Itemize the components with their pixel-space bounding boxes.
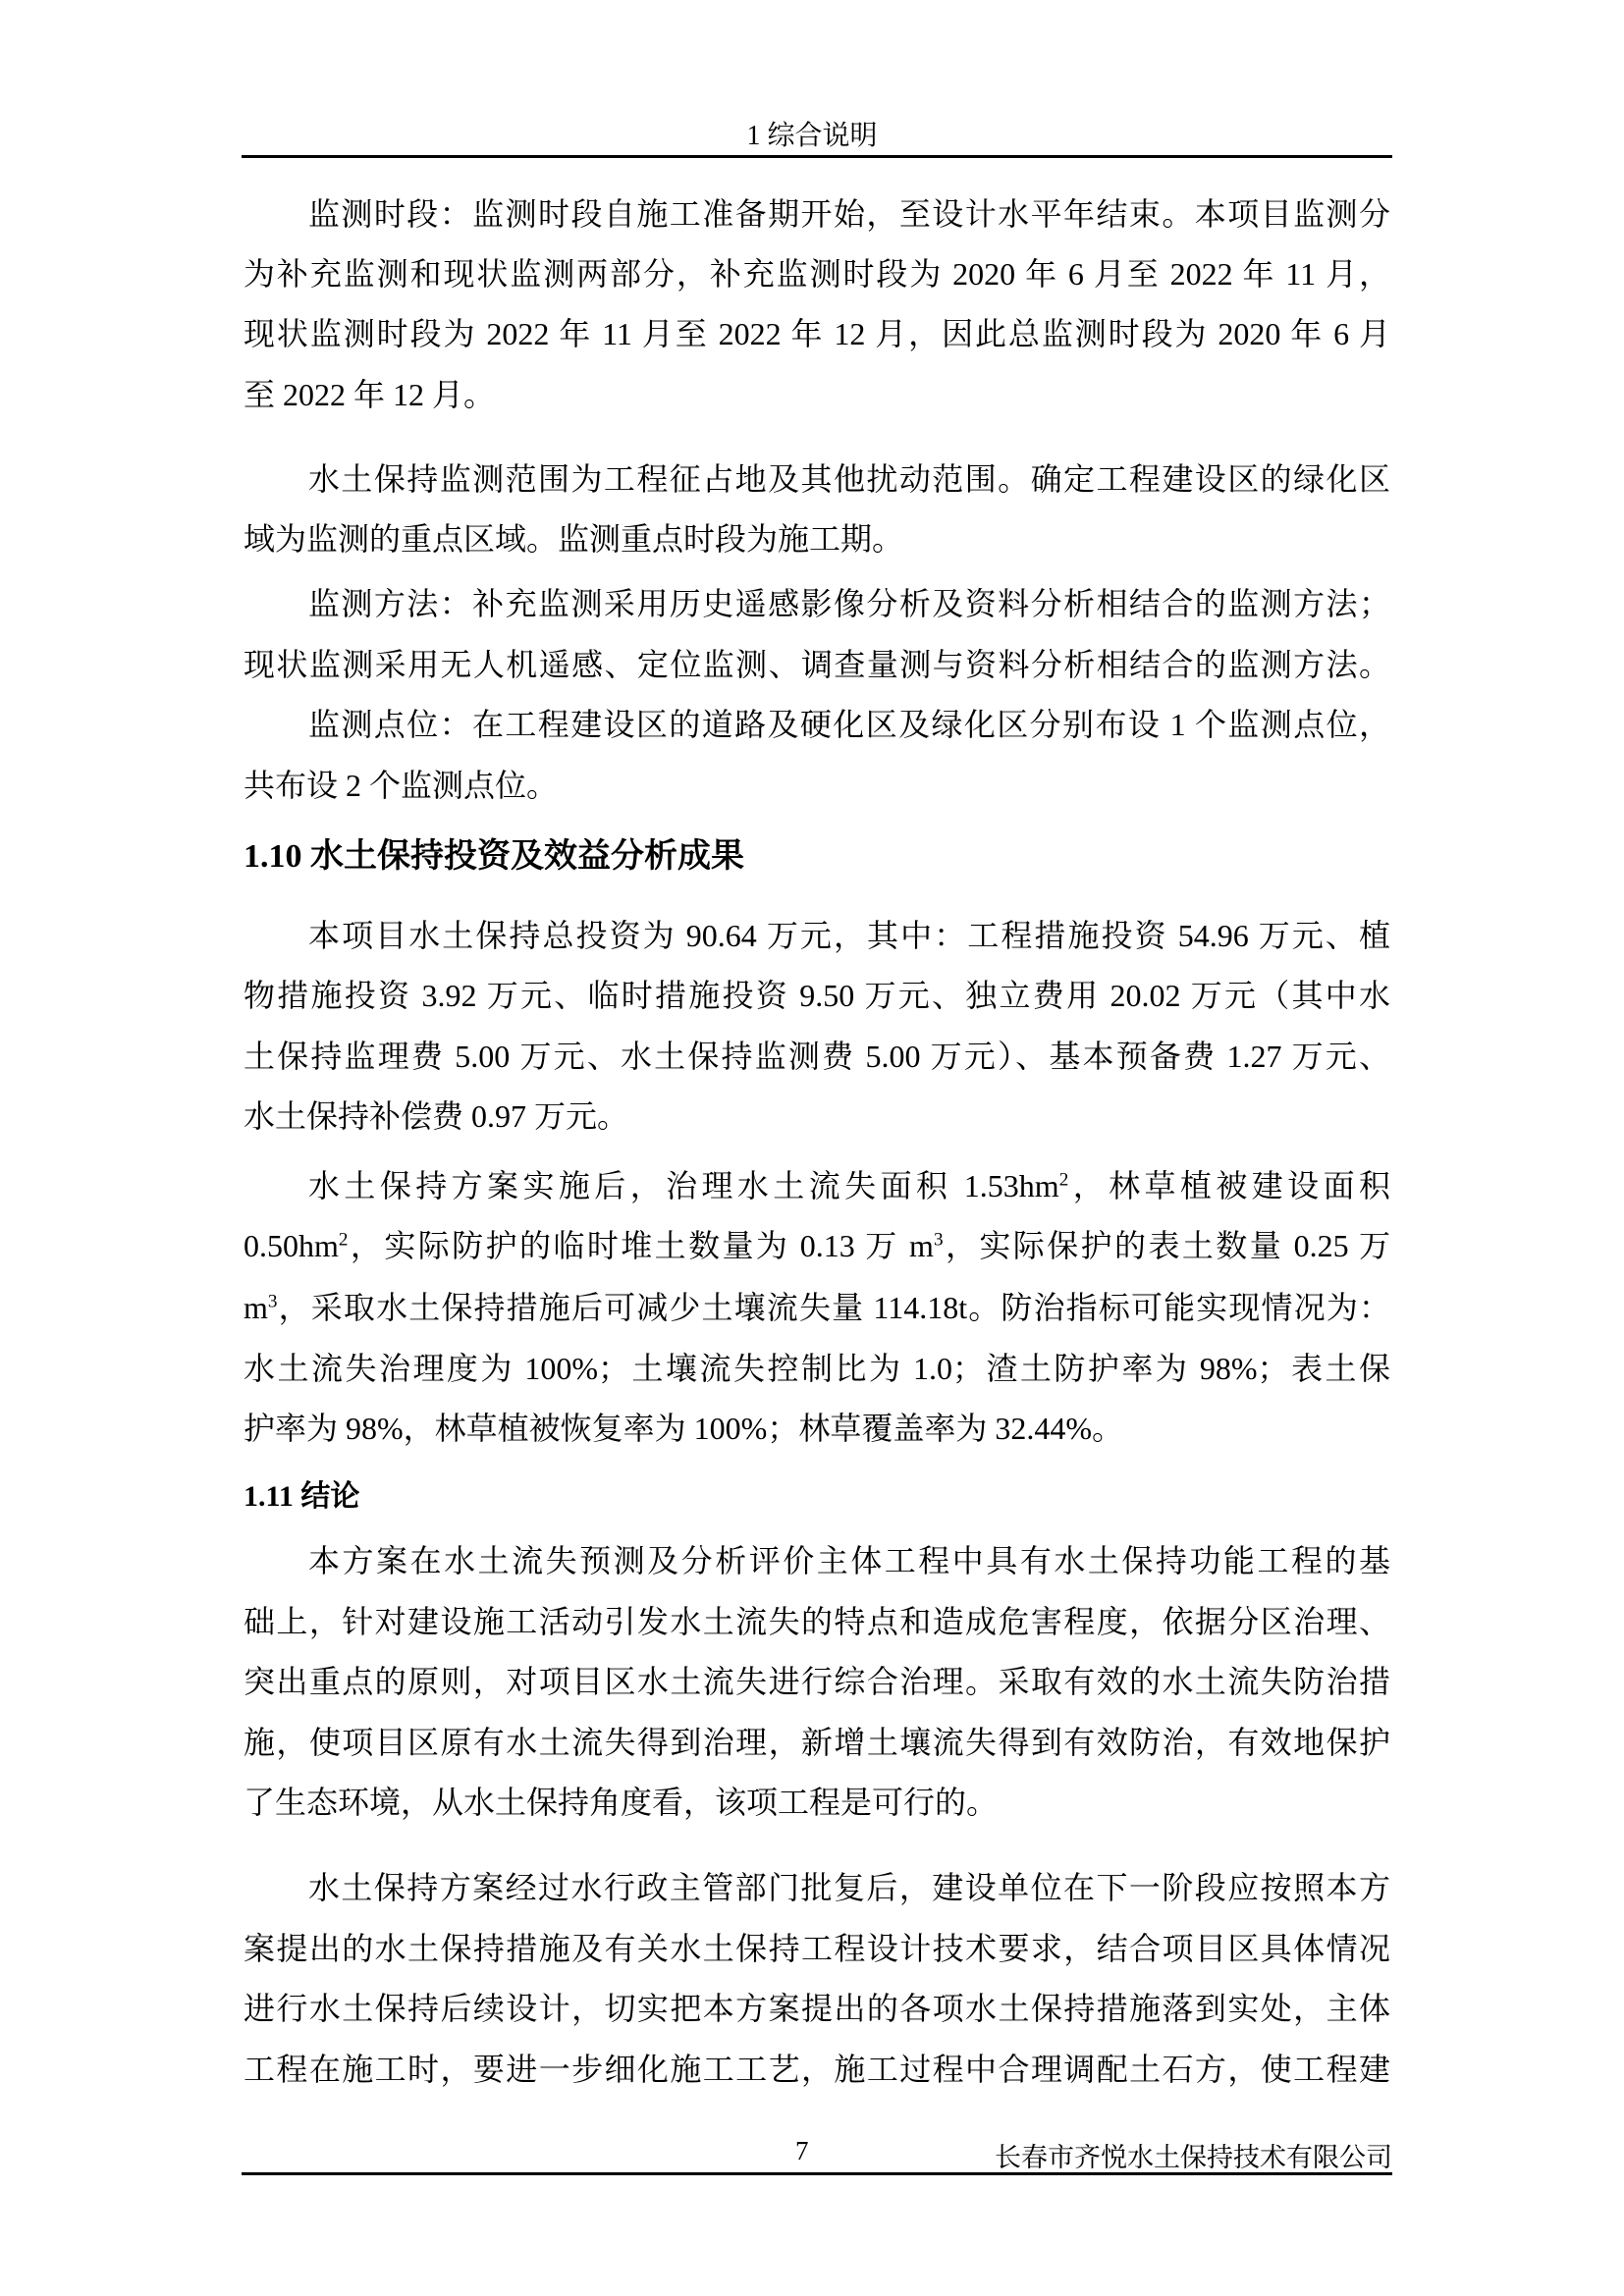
text-line: 域为监测的重点区域。监测重点时段为施工期。 xyxy=(244,519,1390,559)
text-line: 水土保持方案经过水行政主管部门批复后，建设单位在下一阶段应按照本方 xyxy=(308,1868,1390,1907)
text-line: 本项目水土保持总投资为 90.64 万元，其中：工程措施投资 54.96 万元、… xyxy=(308,916,1390,955)
text-line: 至 2022 年 12 月。 xyxy=(244,375,1390,414)
text-line: 础上，针对建设施工活动引发水土流失的特点和造成危害程度，依据分区治理、 xyxy=(244,1602,1390,1641)
text-line: 突出重点的原则，对项目区水土流失进行综合治理。采取有效的水土流失防治措 xyxy=(244,1662,1390,1701)
benefit-line-3: m3，采取水土保持措施后可减少土壤流失量 114.18t。防治指标可能实现情况为… xyxy=(244,1288,1390,1327)
text-line: 了生态环境，从水土保持角度看，该项工程是可行的。 xyxy=(244,1783,1390,1822)
footer-rule xyxy=(242,2172,1392,2175)
benefit-line-2: 0.50hm2，实际防护的临时堆土数量为 0.13 万 m3，实际保护的表土数量… xyxy=(244,1226,1390,1265)
text-line: 为补充监测和现状监测两部分，补充监测时段为 2020 年 6 月至 2022 年… xyxy=(244,254,1390,294)
text-line: 监测时段：监测时段自施工准备期开始，至设计水平年结束。本项目监测分 xyxy=(308,194,1390,234)
text-line: 现状监测时段为 2022 年 11 月至 2022 年 12 月，因此总监测时段… xyxy=(244,314,1390,353)
section-heading-1-11: 1.11 结论 xyxy=(244,1476,359,1518)
text-line: 水土保持补偿费 0.97 万元。 xyxy=(244,1096,1390,1136)
text-line: 本方案在水土流失预测及分析评价主体工程中具有水土保持功能工程的基 xyxy=(308,1541,1390,1580)
header-rule xyxy=(242,155,1392,158)
text-line: 施，使项目区原有水土流失得到治理，新增土壤流失得到有效防治，有效地保护 xyxy=(244,1723,1390,1762)
text-line: 案提出的水土保持措施及有关水土保持工程设计技术要求，结合项目区具体情况 xyxy=(244,1929,1390,1968)
text-line: 物措施投资 3.92 万元、临时措施投资 9.50 万元、独立费用 20.02 … xyxy=(244,976,1390,1015)
section-heading-1-10: 1.10 水土保持投资及效益分析成果 xyxy=(244,836,744,878)
text-line: 进行水土保持后续设计，切实把本方案提出的各项水土保持措施落到实处，主体 xyxy=(244,1989,1390,2028)
text-line: 工程在施工时，要进一步细化施工工艺，施工过程中合理调配土石方，使工程建 xyxy=(244,2050,1390,2089)
benefit-line-5: 护率为 98%，林草植被恢复率为 100%；林草覆盖率为 32.44%。 xyxy=(244,1409,1390,1448)
text-line: 水土保持监测范围为工程征占地及其他扰动范围。确定工程建设区的绿化区 xyxy=(308,459,1390,499)
header-title: 1 综合说明 xyxy=(0,114,1624,153)
text-line: 监测方法：补充监测采用历史遥感影像分析及资料分析相结合的监测方法； xyxy=(308,584,1390,623)
benefit-line-1: 水土保持方案实施后，治理水土流失面积 1.53hm2，林草植被建设面积 xyxy=(308,1166,1390,1205)
text-line: 监测点位：在工程建设区的道路及硬化区及绿化区分别布设 1 个监测点位， xyxy=(308,705,1390,744)
page-number: 7 xyxy=(795,2136,809,2166)
text-line: 共布设 2 个监测点位。 xyxy=(244,766,1390,805)
company-name: 长春市齐悦水土保持技术有限公司 xyxy=(995,2136,1392,2174)
text-line: 现状监测采用无人机遥感、定位监测、调查量测与资料分析相结合的监测方法。 xyxy=(244,645,1390,684)
text-line: 土保持监理费 5.00 万元、水土保持监测费 5.00 万元）、基本预备费 1.… xyxy=(244,1037,1390,1076)
benefit-line-4: 水土流失治理度为 100%；土壤流失控制比为 1.0；渣土防护率为 98%；表土… xyxy=(244,1349,1390,1388)
